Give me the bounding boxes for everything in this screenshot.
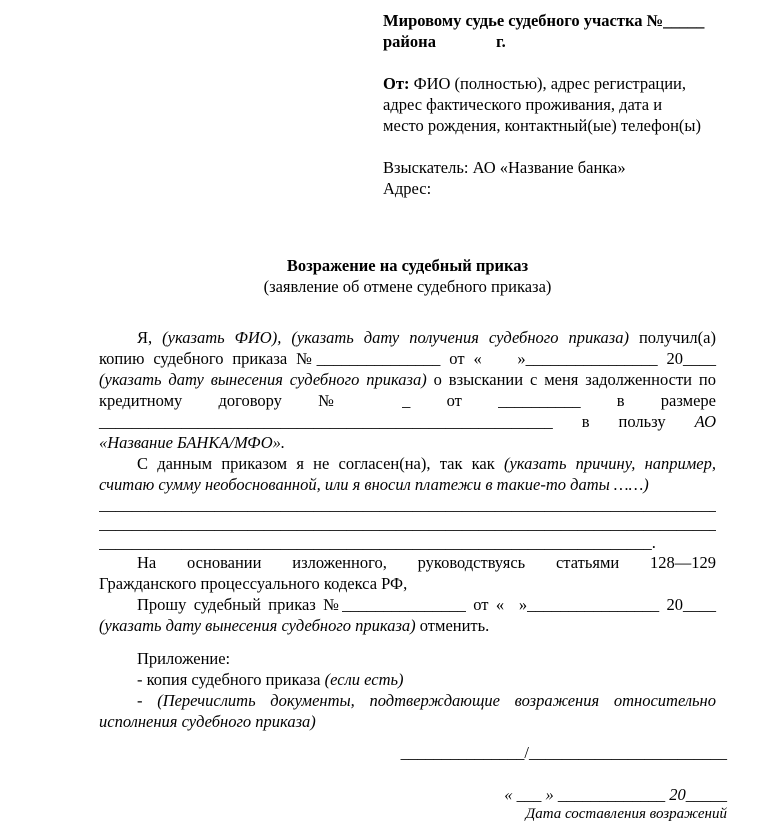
attach-1-r1: - копия судебного приказа [137, 670, 325, 689]
from-label: От: [383, 74, 409, 93]
from-line-3: место рождения, контактный(ые) телефон(ы… [383, 115, 716, 136]
blank-line-2: ________________________________________… [99, 514, 716, 533]
page-title: Возражение на судебный приказ [99, 255, 716, 276]
p4-l2-r2: отменить. [416, 616, 490, 635]
attachment-item-2: - (Перечислить документы, подтверждающие… [99, 690, 716, 711]
attach-2-l2-text: исполнения судебного приказа) [99, 712, 316, 731]
p1-l5-r1: ________________________________________… [99, 412, 695, 431]
page-title-text: Возражение на судебный приказ [287, 256, 528, 275]
document-body: Я, (указать ФИО), (указать дату получени… [99, 327, 716, 823]
p3-line-1: На основании изложенного, руководствуясь… [99, 552, 716, 573]
p4-line-1: Прошу судебный приказ №_______________ о… [99, 594, 716, 615]
p1-l4-text: кредитному договору № _ от __________ в … [99, 391, 716, 410]
signature-line-text: _______________/________________________ [401, 743, 727, 762]
spacer [383, 52, 716, 73]
blank-line-3: ________________________________________… [99, 533, 716, 552]
court-line: Мировому судье судебного участка №_____ [383, 10, 716, 31]
attachments-heading: Приложение: [99, 648, 716, 669]
spacer [383, 136, 716, 157]
p1-line-1: Я, (указать ФИО), (указать дату получени… [99, 327, 716, 348]
p1-l1-r2: (указать ФИО), (указать дату получения с… [162, 328, 629, 347]
claimant-line: Взыскатель: АО «Название банка» [383, 157, 716, 178]
court-line-text: Мировому судье судебного участка №_____ [383, 11, 704, 30]
p2-l2-text: считаю сумму необоснованной, или я вноси… [99, 475, 649, 494]
date-line-text: « ___ » _____________ 20_____ [504, 785, 727, 804]
date-line: « ___ » _____________ 20_____ [99, 784, 727, 805]
p1-l1-r3: получил(а) [629, 328, 716, 347]
from-text: ФИО (полностью), адрес регистрации, [414, 74, 686, 93]
p4-l1-text: Прошу судебный приказ №_______________ о… [137, 595, 716, 614]
p1-line-6: «Название БАНКА/МФО». [99, 432, 716, 453]
from-line-2-text: адрес фактического проживания, дата и [383, 95, 662, 114]
p4-l2-r1: (указать дату вынесения судебного приказ… [99, 616, 416, 635]
p1-line-3: (указать дату вынесения судебного приказ… [99, 369, 716, 390]
p3-l2-text: Гражданского процессуального кодекса РФ, [99, 574, 407, 593]
p2-l1-r2: (указать причину, например, [504, 454, 716, 473]
date-caption-text: Дата составления возражений [526, 806, 727, 822]
address-label: Адрес: [383, 179, 431, 198]
blank-line-3-text: ________________________________________… [99, 533, 656, 552]
district-line: районаг. [383, 31, 716, 52]
attachments-heading-text: Приложение: [137, 649, 230, 668]
signature-line: _______________/________________________ [99, 742, 727, 763]
blank-line-1-text: ________________________________________… [99, 495, 716, 514]
from-line-1: От: ФИО (полностью), адрес регистрации, [383, 73, 716, 94]
p1-line-5: ________________________________________… [99, 411, 716, 432]
p2-line-2: считаю сумму необоснованной, или я вноси… [99, 474, 716, 495]
p3-line-2: Гражданского процессуального кодекса РФ, [99, 573, 716, 594]
court-header: Мировому судье судебного участка №_____ … [383, 10, 716, 199]
attachment-item-1: - копия судебного приказа (если есть) [99, 669, 716, 690]
from-line-2: адрес фактического проживания, дата и [383, 94, 716, 115]
attachments-section: Приложение: - копия судебного приказа (е… [99, 648, 716, 732]
attachment-item-2-line-2: исполнения судебного приказа) [99, 711, 716, 732]
paragraph-objection: С данным приказом я не согласен(на), так… [99, 453, 716, 552]
attach-2-r2: (Перечислить документы, подтверждающие в… [157, 691, 716, 710]
title-block: Возражение на судебный приказ (заявление… [99, 255, 716, 297]
address-line: Адрес: [383, 178, 716, 199]
date-caption: Дата составления возражений [99, 805, 727, 823]
p1-line-2: копию судебного приказа №_______________… [99, 348, 716, 369]
p1-l5-r2: АО [695, 412, 716, 431]
blank-line-2-text: ________________________________________… [99, 514, 716, 533]
p1-l6-text: «Название БАНКА/МФО». [99, 433, 285, 452]
signature-section: _______________/________________________… [99, 742, 727, 823]
page-subtitle: (заявление об отмене судебного приказа) [99, 276, 716, 297]
district-word: района [383, 32, 436, 51]
p2-l1-r1: С данным приказом я не согласен(на), так… [137, 454, 504, 473]
p1-l3-r2: о взыскании с меня задолженности по [427, 370, 716, 389]
city-word: г. [496, 32, 506, 51]
paragraph-legal-basis: На основании изложенного, руководствуясь… [99, 552, 716, 594]
page-subtitle-text: (заявление об отмене судебного приказа) [264, 277, 552, 296]
p1-line-4: кредитному договору № _ от __________ в … [99, 390, 716, 411]
paragraph-intro: Я, (указать ФИО), (указать дату получени… [99, 327, 716, 453]
p1-l2-text: копию судебного приказа №_______________… [99, 349, 716, 368]
document-page: Мировому судье судебного участка №_____ … [0, 0, 766, 836]
p1-l1-r1: Я, [137, 328, 162, 347]
p3-l1-text: На основании изложенного, руководствуясь… [137, 553, 716, 572]
paragraph-request: Прошу судебный приказ №_______________ о… [99, 594, 716, 636]
claimant-text: Взыскатель: АО «Название банка» [383, 158, 626, 177]
from-line-3-text: место рождения, контактный(ые) телефон(ы… [383, 116, 701, 135]
blank-line-1: ________________________________________… [99, 495, 716, 514]
p1-l3-r1: (указать дату вынесения судебного приказ… [99, 370, 427, 389]
attach-1-r2: (если есть) [325, 670, 404, 689]
p4-line-2: (указать дату вынесения судебного приказ… [99, 615, 716, 636]
attach-2-r1: - [137, 691, 157, 710]
p2-line-1: С данным приказом я не согласен(на), так… [99, 453, 716, 474]
